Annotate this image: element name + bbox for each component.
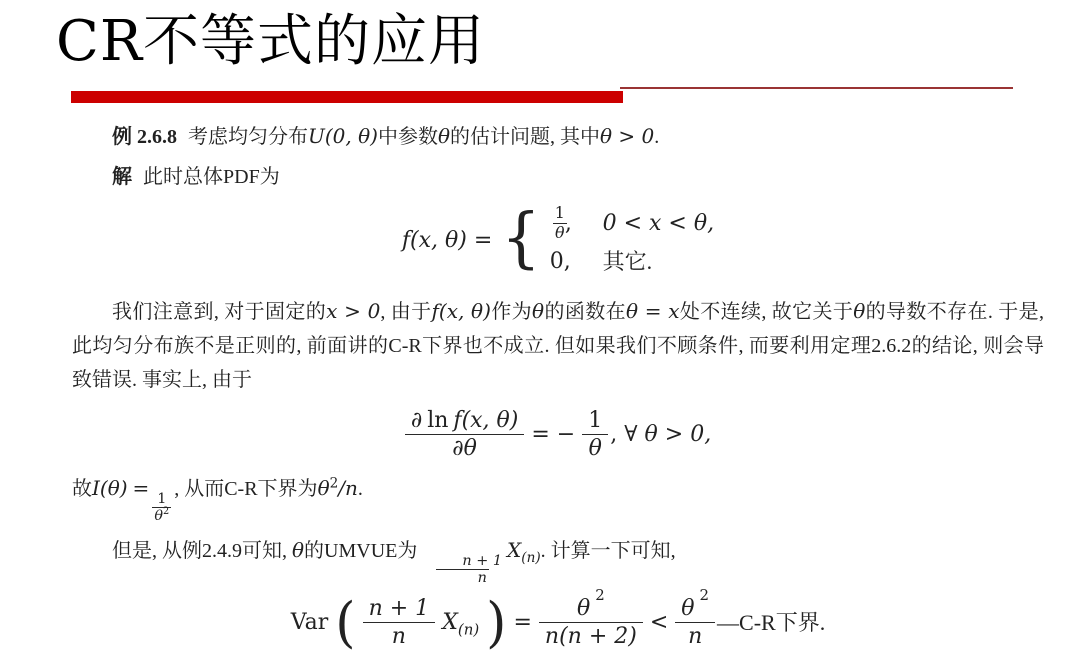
math-segment: f(x, θ)	[402, 224, 467, 258]
text-segment: 但是, 从例2.4.9可知,	[112, 540, 292, 562]
math-segment: θ	[292, 538, 304, 562]
text-segment: 考虑均匀分布	[188, 126, 308, 148]
text-segment: , 由于	[380, 301, 431, 323]
case-condition: 其它.	[603, 245, 714, 278]
superscript: 2	[595, 595, 605, 623]
fraction: ∂lnf(x, θ) ∂θ	[405, 407, 525, 463]
note-paragraph: 我们注意到, 对于固定的x > 0, 由于f(x, θ)作为θ的函数在θ = x…	[72, 294, 1044, 397]
math-segment: θ > 0,	[645, 418, 712, 452]
forall-symbol: ∀	[624, 418, 637, 452]
fraction: 1θ2	[152, 491, 171, 525]
var-operator: Var	[291, 606, 329, 640]
math-segment: θ	[318, 476, 330, 500]
slide: CR不等式的应用 例 2.6.8考虑均匀分布U(0, θ)中参数θ的估计问题, …	[0, 0, 1080, 671]
equals-minus: = −	[531, 418, 575, 452]
slide-content: 例 2.6.8考虑均匀分布U(0, θ)中参数θ的估计问题, 其中θ > 0. …	[72, 119, 1044, 651]
math-segment: ∂θ	[405, 434, 525, 463]
text-segment: 中参数	[378, 126, 438, 148]
math-segment: U(0, θ)	[308, 124, 378, 148]
equals-sign: =	[474, 224, 492, 258]
text-segment: , 从而C-R下界为	[174, 478, 317, 500]
math-segment: I(θ)	[92, 476, 128, 500]
text-segment: .	[358, 478, 363, 500]
case-value: 0,	[550, 245, 572, 278]
fraction: θ2 n	[675, 595, 715, 651]
equals-sign: =	[513, 606, 531, 640]
superscript: 2	[700, 595, 710, 623]
fraction: 1 θ	[582, 407, 608, 463]
math-segment: x > 0	[326, 299, 380, 323]
math-segment: θ	[438, 124, 450, 148]
less-than-sign: <	[650, 606, 668, 640]
derivative-formula: ∂lnf(x, θ) ∂θ = − 1 θ , ∀ θ > 0,	[72, 403, 1044, 463]
comma: ,	[565, 207, 572, 240]
ln-operator: ln	[427, 407, 448, 435]
math-segment: θ > 0	[600, 124, 654, 148]
superscript: 2	[163, 507, 169, 518]
text-segment: 处不连续, 故它关于	[680, 301, 854, 323]
comma: ,	[610, 418, 617, 452]
fraction: n + 1n	[420, 553, 504, 587]
math-segment: X	[442, 610, 458, 635]
cases-block: 1θ, 0 < x < θ, 0, 其它.	[550, 204, 714, 277]
superscript: 2	[330, 475, 339, 491]
slide-title: CR不等式的应用	[56, 10, 1080, 74]
math-segment: X	[507, 538, 521, 562]
fraction: n + 1 n	[363, 595, 436, 651]
variance-formula: Var ( n + 1 n X(n) ) = θ2 n(n + 2) < θ2 …	[72, 595, 1044, 651]
umvue-line: 但是, 从例2.4.9可知, θ的UMVUE为n + 1nX(n). 计算一下可…	[72, 533, 1044, 587]
math-segment: θ	[853, 299, 865, 323]
equals-sign: =	[133, 476, 150, 500]
fisher-info-line: 故I(θ) =1θ2, 从而C-R下界为θ2/n.	[72, 471, 1044, 525]
text-segment: 此时总体PDF为	[143, 166, 280, 188]
pdf-cases-formula: f(x, θ) = { 1θ, 0 < x < θ, 0, 其它.	[72, 204, 1044, 277]
case-condition: 0 < x < θ,	[603, 207, 714, 240]
text-segment: 的UMVUE为	[304, 540, 417, 562]
fraction: θ2 n(n + 2)	[539, 595, 643, 651]
text-segment: 作为	[491, 301, 532, 323]
text-segment: . 计算一下可知,	[541, 540, 676, 562]
accent-bar	[71, 91, 623, 103]
example-label: 例 2.6.8	[112, 126, 177, 148]
math-segment: θ	[532, 299, 544, 323]
math-segment: /n	[338, 476, 358, 500]
math-segment: θ = x	[626, 299, 680, 323]
math-segment: f(x, θ)	[453, 407, 518, 435]
math-segment: f(x, θ)	[431, 299, 490, 323]
accent-line	[620, 87, 1013, 89]
cr-bound-label: —C-R下界.	[717, 606, 825, 640]
subscript: (n)	[458, 621, 479, 639]
title-rule	[0, 87, 1080, 105]
subscript: (n)	[521, 550, 540, 566]
solution-label: 解	[112, 166, 132, 188]
solution-paragraph: 解此时总体PDF为	[72, 160, 1044, 194]
partial-symbol: ∂	[411, 407, 422, 435]
text-segment: 的函数在	[544, 301, 626, 323]
text-segment: 我们注意到, 对于固定的	[112, 301, 326, 323]
example-paragraph: 例 2.6.8考虑均匀分布U(0, θ)中参数θ的估计问题, 其中θ > 0.	[72, 119, 1044, 154]
text-segment: 故	[72, 478, 92, 500]
text-segment: 的估计问题, 其中	[450, 126, 600, 148]
text-segment: .	[654, 126, 659, 148]
